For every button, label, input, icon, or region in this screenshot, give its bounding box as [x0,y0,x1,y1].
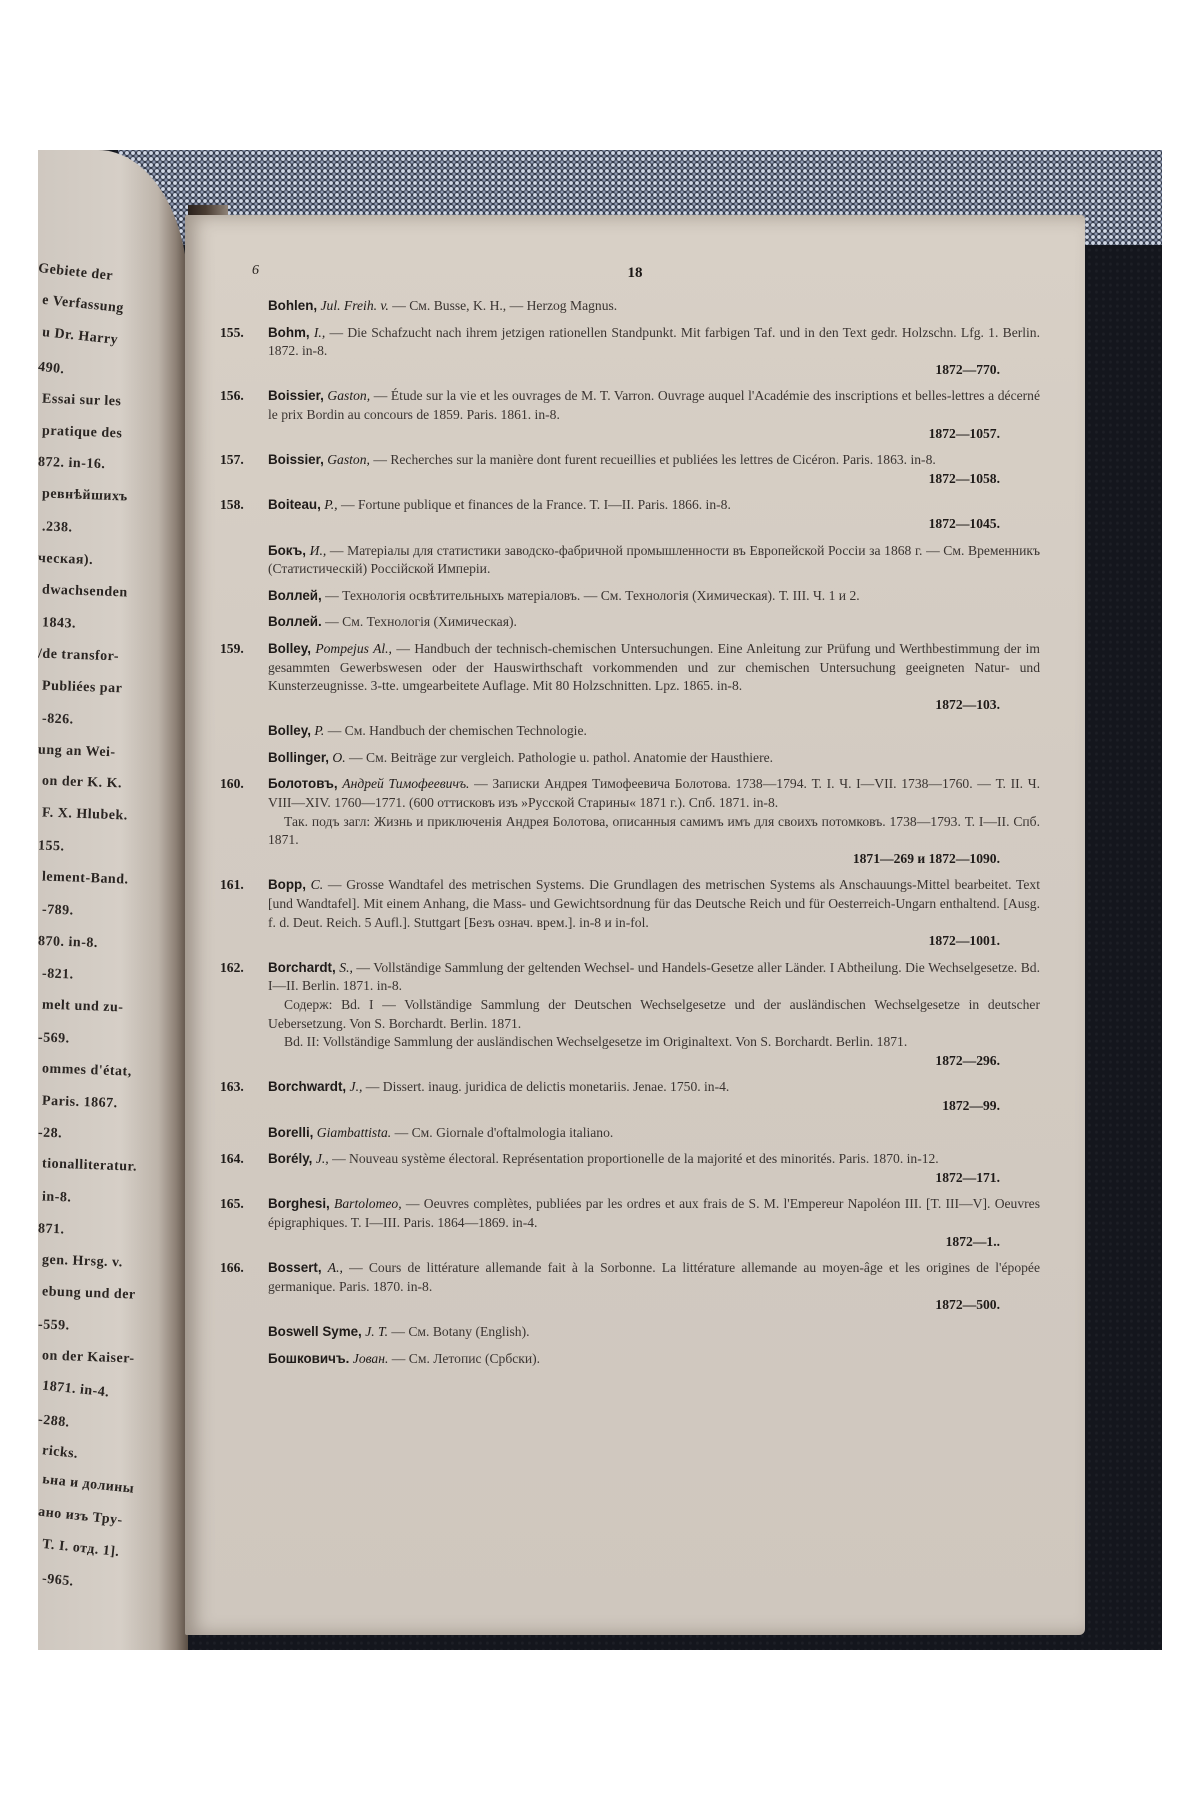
entry-title: — Étude sur la vie et les ouvrages de M.… [268,388,1040,422]
entry-number: 159. [220,640,244,659]
left-page-fragment: 1871. in-4. [41,1378,110,1401]
entry-author: Bohlen, [268,298,317,313]
left-page-fragment: lement-Band. [42,870,129,889]
left-page-fragment: dwachsenden [42,583,128,602]
entry-author: Borchwardt, [268,1079,346,1094]
entry-catalog-number: 1872—171. [268,1169,1040,1188]
entry-author: Bossert, [268,1260,322,1275]
catalog-entry: 166.Bossert, A., — Cours de littérature … [220,1259,1040,1315]
left-page-fragment: ревнѣйшихъ [42,487,128,506]
entry-title: — Vollständige Sammlung der geltenden We… [268,960,1040,994]
entry-given-name: Јован. [353,1351,389,1366]
entry-title: — См. Handbuch der chemischen Technologi… [328,723,587,738]
catalog-entry: 155.Bohm, I., — Die Schafzucht nach ihre… [220,324,1040,380]
page-number: 18 [185,265,1085,282]
entry-author: Boissier, [268,388,324,403]
entry-catalog-number: 1872—296. [268,1052,1040,1071]
entry-catalog-number: 1872—1058. [268,470,1040,489]
entry-given-name: C. [311,877,323,892]
entry-title: — Die Schafzucht nach ihrem jetzigen rat… [268,325,1040,359]
entry-author: Bohm, [268,325,310,340]
catalog-entry: Bohlen, Jul. Freih. v. — См. Busse, K. H… [220,297,1040,316]
catalog-entries: Bohlen, Jul. Freih. v. — См. Busse, K. H… [220,297,1040,1376]
catalog-entry: Бокъ, И., — Матеріалы для статистики зав… [220,542,1040,579]
entry-number: 155. [220,324,244,343]
left-page-fragment: 1843. [42,615,77,632]
entry-number: 164. [220,1150,244,1169]
left-page-fragment: pratique des [42,423,123,442]
book-photo: Gebiete dere Verfassungu Dr. Harry490.Es… [38,150,1162,1650]
entry-given-name: J. T. [365,1324,388,1339]
entry-title: — Технологія освѣтительныхъ матеріаловъ.… [325,588,859,603]
entry-catalog-number: 1872—1057. [268,425,1040,444]
entry-author: Бокъ, [268,543,306,558]
entry-author: Borghesi, [268,1196,330,1211]
catalog-entry: Воллей, — Технологія освѣтительныхъ мате… [220,587,1040,606]
entry-given-name: И., [310,543,327,558]
entry-author: Borély, [268,1151,312,1166]
left-page-fragment: F. X. Hlubek. [42,806,128,825]
entry-number: 165. [220,1195,244,1214]
catalog-entry: 165.Borghesi, Bartolomeo, — Oeuvres comp… [220,1195,1040,1251]
entry-number: 161. [220,876,244,895]
left-page-fragment: -821. [42,966,74,983]
left-page-fragment: melt und zu- [42,997,124,1016]
left-page-fragment: ommes d'état, [42,1061,132,1080]
entry-number: 162. [220,959,244,978]
entry-author: Bolley, [268,723,311,738]
entry-author: Воллей. [268,614,322,629]
entry-title: — Dissert. inaug. juridica de delictis m… [366,1079,730,1094]
entry-given-name: I., [314,325,325,340]
entry-title: — См. Busse, K. H., — Herzog Magnus. [392,298,617,313]
entry-title: — См. Летопис (Србски). [392,1351,540,1366]
entry-title: — Grosse Wandtafel des metrischen System… [268,877,1040,929]
entry-author: Bopp, [268,877,306,892]
entry-title: — Матеріалы для статистики заводско-фабр… [268,543,1040,577]
catalog-entry: Воллей. — См. Технологія (Химическая). [220,613,1040,632]
entry-note: Содерж: Bd. I — Vollständige Sammlung de… [268,996,1040,1033]
left-page: Gebiete dere Verfassungu Dr. Harry490.Es… [38,150,188,1650]
left-page-fragment: 490. [38,359,65,378]
entry-title: — См. Botany (English). [391,1324,529,1339]
catalog-entry: 161.Bopp, C. — Grosse Wandtafel des metr… [220,876,1040,950]
left-page-fragment: in-8. [42,1190,72,1207]
left-page-fragment: /de transfor- [38,646,119,665]
entry-given-name: Gaston, [327,388,370,403]
left-page-fragment: ricks. [41,1444,79,1464]
left-page-fragment: ebung und der [42,1284,136,1303]
left-page-fragment: -965. [41,1571,74,1590]
left-page-fragment: Paris. 1867. [42,1093,118,1112]
entry-number: 160. [220,775,244,794]
catalog-entry: Boswell Syme, J. T. — См. Botany (Englis… [220,1323,1040,1342]
entry-title: — Cours de littérature allemande fait à … [268,1260,1040,1294]
entry-author: Borelli, [268,1125,313,1140]
left-page-fragment: u Dr. Harry [41,325,118,349]
entry-title: — См. Beiträge zur vergleich. Pathologie… [349,750,773,765]
entry-author: Воллей, [268,588,322,603]
catalog-entry: 163.Borchwardt, J., — Dissert. inaug. ju… [220,1078,1040,1115]
entry-given-name: Gaston, [327,452,370,467]
entry-catalog-number: 1871—269 и 1872—1090. [268,850,1040,869]
catalog-entry: 156.Boissier, Gaston, — Étude sur la vie… [220,387,1040,443]
left-page-fragment: 870. in-8. [38,934,98,952]
left-page-fragment: Publiées par [42,678,123,697]
left-page-fragment: tionalliteratur. [42,1157,137,1176]
left-page-fragment: ung an Wei- [38,742,116,761]
left-page-fragment: -559. [38,1317,70,1334]
entry-author: Boswell Syme, [268,1324,362,1339]
entry-catalog-number: 1872—103. [268,696,1040,715]
entry-author: Болотовъ, [268,776,338,791]
entry-catalog-number: 1872—1.. [268,1233,1040,1252]
entry-given-name: Giambattista. [317,1125,391,1140]
left-page-fragment: -826. [42,711,74,728]
left-page-fragment: ано изъ Тру- [38,1505,123,1530]
left-page-fragment: Gebiete der [38,261,114,285]
entry-given-name: J., [350,1079,363,1094]
left-page-fragment: -28. [38,1126,62,1143]
entry-author: Borchardt, [268,960,336,975]
entry-author: Boiteau, [268,497,321,512]
catalog-entry: 159.Bolley, Pompejus Al., — Handbuch der… [220,640,1040,714]
left-page-fragment: -569. [38,1030,70,1047]
left-page-fragment: gen. Hrsg. v. [42,1253,123,1272]
catalog-entry: 162.Borchardt, S., — Vollständige Sammlu… [220,959,1040,1071]
right-page: 6 18 Bohlen, Jul. Freih. v. — См. Busse,… [185,215,1085,1635]
entry-note: Bd. II: Vollständige Sammlung der auslän… [268,1033,1040,1052]
entry-given-name: Jul. Freih. v. [321,298,389,313]
catalog-entry: Borelli, Giambattista. — См. Giornale d'… [220,1124,1040,1143]
catalog-entry: 158.Boiteau, P., — Fortune publique et f… [220,496,1040,533]
left-page-fragment: T. I. отд. 1]. [41,1537,120,1561]
entry-given-name: A., [328,1260,343,1275]
entry-given-name: P. [314,723,324,738]
left-page-fragment: -789. [42,903,74,920]
catalog-entry: Bollinger, O. — См. Beiträge zur verglei… [220,749,1040,768]
entry-number: 163. [220,1078,244,1097]
left-page-fragment: e Verfassung [41,293,124,317]
left-page-fragment: -288. [38,1412,70,1431]
entry-author: Boissier, [268,452,324,467]
entry-given-name: O. [332,750,345,765]
left-page-fragment: 871. [38,1222,65,1239]
entry-title: — Nouveau système électoral. Représentat… [332,1151,939,1166]
entry-number: 157. [220,451,244,470]
entry-catalog-number: 1872—1045. [268,515,1040,534]
entry-catalog-number: 1872—1001. [268,932,1040,951]
entry-catalog-number: 1872—770. [268,361,1040,380]
entry-given-name: P., [324,497,337,512]
catalog-entry: 160.Болотовъ, Андрей Тимофеевичъ. — Запи… [220,775,1040,868]
entry-catalog-number: 1872—500. [268,1296,1040,1315]
left-page-fragment: ческая). [38,551,93,569]
catalog-entry: 164.Borély, J., — Nouveau système électo… [220,1150,1040,1187]
left-page-fragment: 872. in-16. [38,455,106,473]
entry-author: Бошковичъ. [268,1351,349,1366]
entry-given-name: Pompejus Al., [315,641,392,656]
entry-given-name: J., [316,1151,329,1166]
entry-given-name: S., [339,960,353,975]
entry-catalog-number: 1872—99. [268,1097,1040,1116]
entry-given-name: Bartolomeo, [334,1196,402,1211]
left-page-fragment: 155. [38,839,65,856]
entry-number: 158. [220,496,244,515]
entry-title: — См. Технологія (Химическая). [325,614,517,629]
left-page-fragment: .238. [42,520,73,537]
catalog-entry: Бошковичъ. Јован. — См. Летопис (Србски)… [220,1350,1040,1369]
entry-author: Bollinger, [268,750,329,765]
entry-title: — Fortune publique et finances de la Fra… [341,497,731,512]
catalog-entry: Bolley, P. — См. Handbuch der chemischen… [220,722,1040,741]
left-page-fragment: on der K. K. [42,774,123,793]
entry-number: 156. [220,387,244,406]
left-page-fragment: ьна и долины [41,1473,135,1499]
left-page-fragment: Essai sur les [42,391,122,410]
catalog-entry: 157.Boissier, Gaston, — Recherches sur l… [220,451,1040,488]
entry-number: 166. [220,1259,244,1278]
entry-title: — Recherches sur la manière dont furent … [373,452,935,467]
entry-title: — См. Giornale d'oftalmologia italiano. [395,1125,614,1140]
left-page-fragment: on der Kaiser- [42,1348,135,1367]
entry-note: Так. подъ загл: Жизнь и приключенія Андр… [268,813,1040,850]
entry-given-name: Андрей Тимофеевичъ. [342,776,469,791]
entry-author: Bolley, [268,641,311,656]
